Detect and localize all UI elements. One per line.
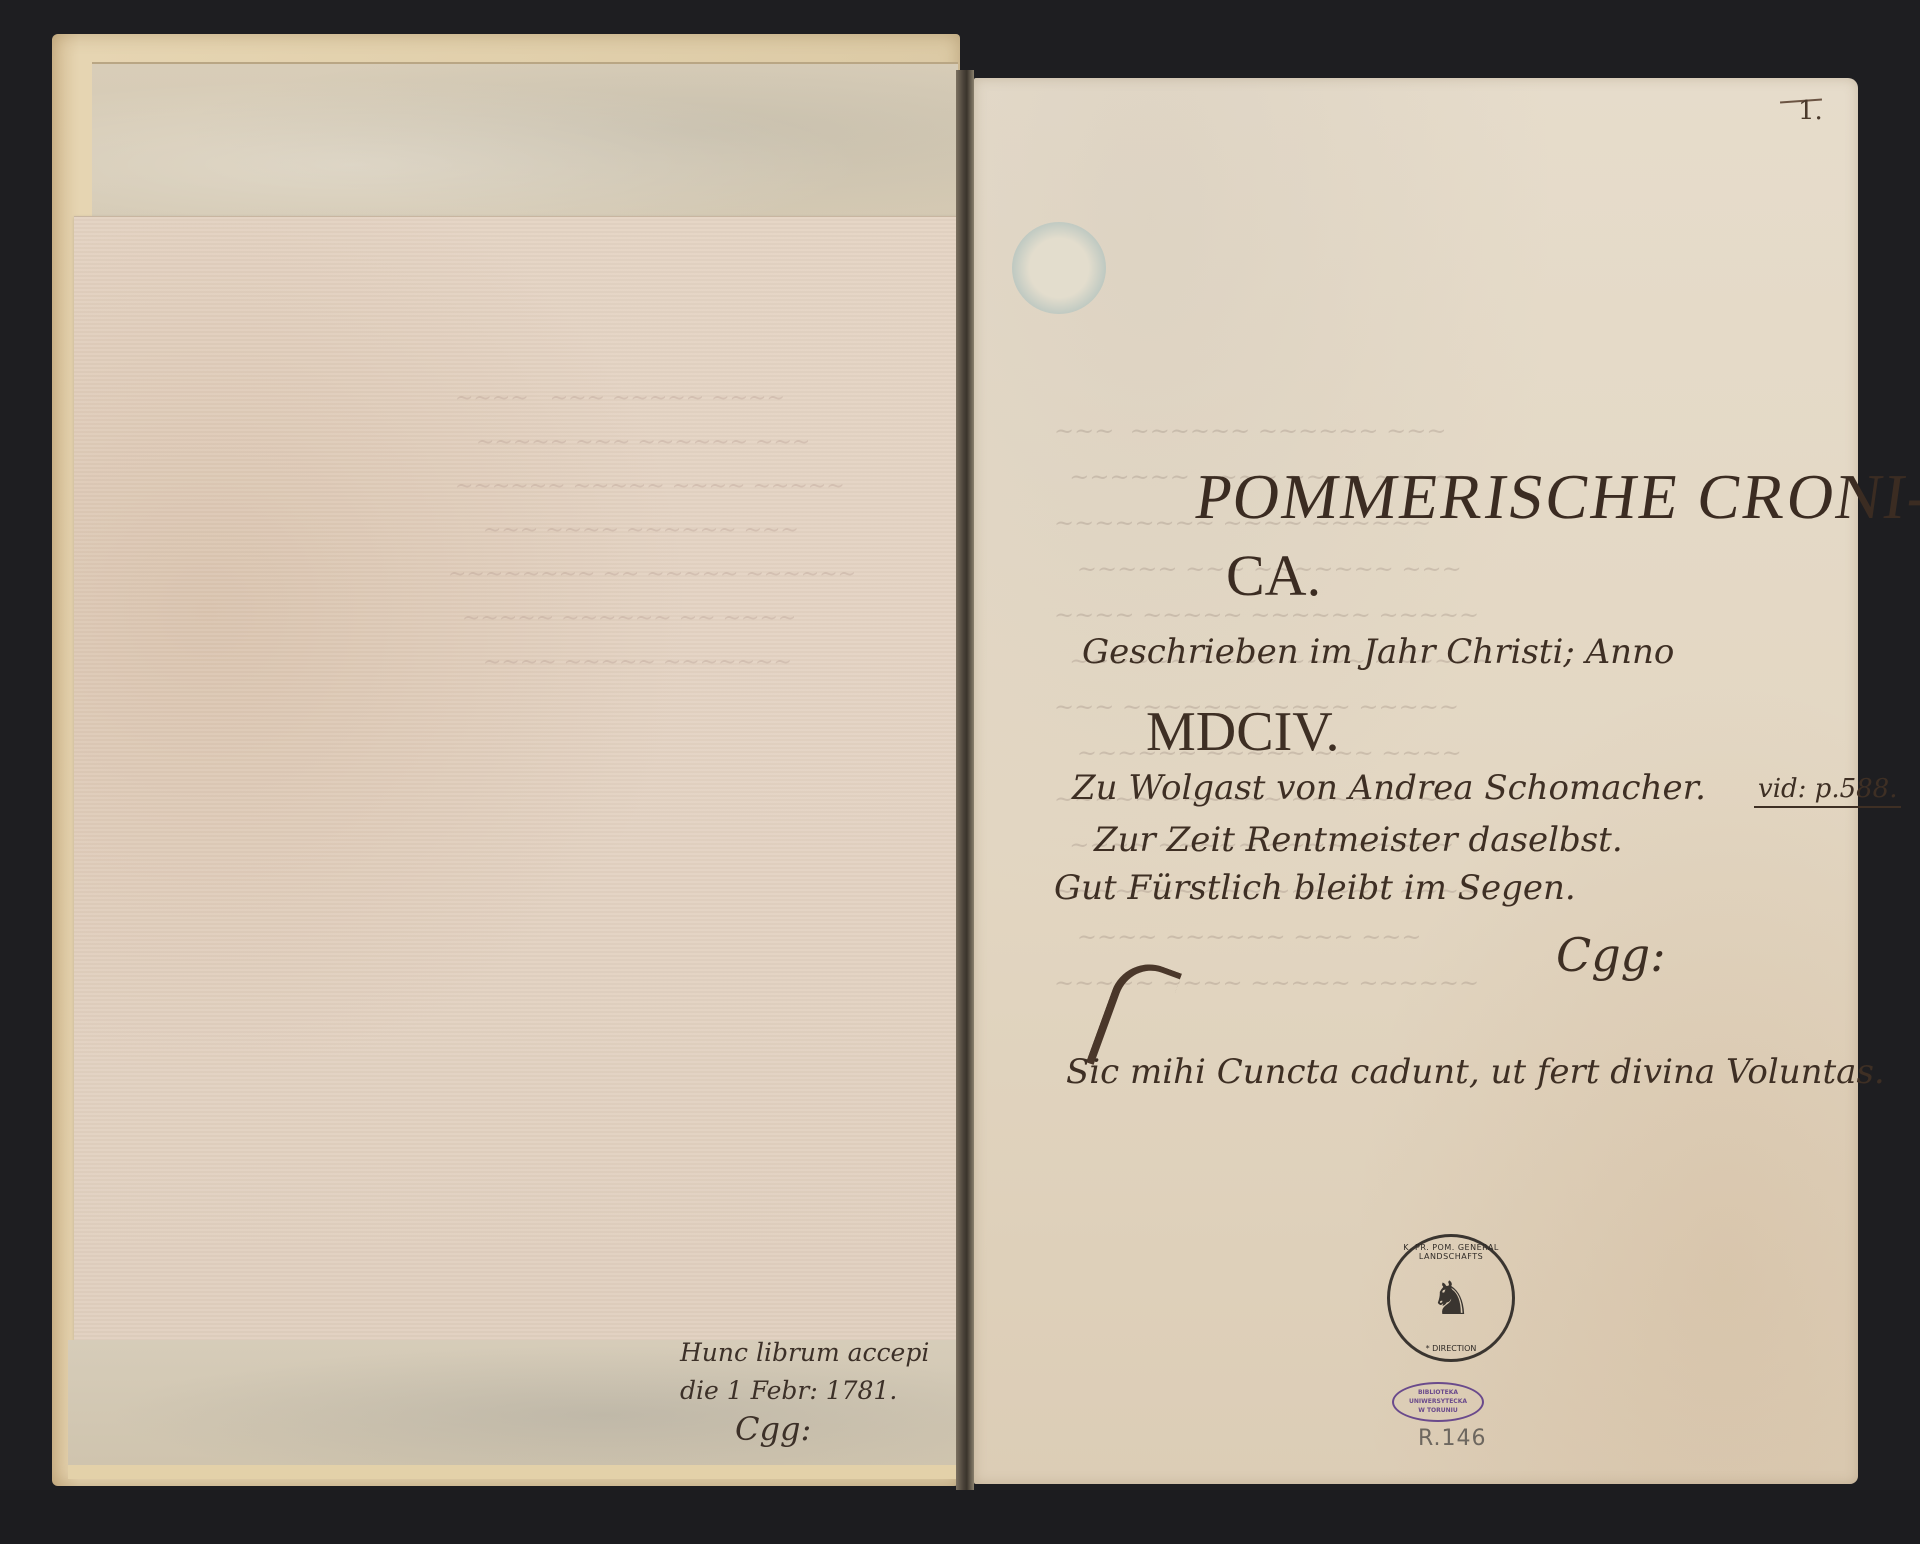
folio-number: 1. xyxy=(1798,96,1823,126)
inserted-blank-sheet: ~~~~ ~~~ ~~~~~ ~~~~ ~~~~~ ~~~ ~~~~~~ ~~~… xyxy=(74,216,958,1344)
library-stamp-line2: UNIWERSYTECKA xyxy=(1394,1397,1482,1406)
acquisition-signature: Cgg: xyxy=(680,1410,950,1448)
pastedown-top-strip xyxy=(92,62,958,232)
show-through-text: ~~~~ ~~~ ~~~~~ ~~~~ ~~~~~ ~~~ ~~~~~~ ~~~… xyxy=(434,377,856,685)
university-library-stamp: BIBLIOTEKA UNIWERSYTECKA W TORUNIU xyxy=(1392,1382,1484,1422)
acquisition-note-line2: die 1 Febr: 1781. xyxy=(680,1372,950,1410)
page-reference: vid: p.588. xyxy=(1754,774,1901,808)
seal-ring-text-bottom: * DIRECTION xyxy=(1390,1344,1512,1353)
title-line-2: CA. xyxy=(1226,542,1321,609)
office-line: Zur Zeit Rentmeister daselbst. xyxy=(1094,820,1623,860)
manuscript-viewer: ~~~~ ~~~ ~~~~~ ~~~~ ~~~~~ ~~~ ~~~~~~ ~~~… xyxy=(0,0,1920,1544)
seal-ring-text: K. PR. POM. GENERAL LANDSCHAFTS xyxy=(1390,1243,1512,1261)
place-author-line: Zu Wolgast von Andrea Schomacher. xyxy=(1072,768,1706,808)
water-stain xyxy=(1012,222,1106,314)
written-line: Geschrieben im Jahr Christi; Anno xyxy=(1082,632,1674,672)
general-landschaft-seal-stamp: K. PR. POM. GENERAL LANDSCHAFTS ♞ * DIRE… xyxy=(1387,1234,1515,1362)
acquisition-note-line1: Hunc librum accepi xyxy=(680,1334,950,1372)
year-line: MDCIV. xyxy=(1146,700,1339,764)
shelfmark: R.146 xyxy=(1418,1426,1487,1451)
motto-line: Gut Fürstlich bleibt im Segen. xyxy=(1054,868,1576,908)
latin-motto-line: Sic mihi Cuncta cadunt, ut fert divina V… xyxy=(1066,1052,1885,1092)
title-line-1: POMMERISCHE CRONI- xyxy=(1191,460,1920,534)
library-stamp-line1: BIBLIOTEKA xyxy=(1394,1388,1482,1397)
initials: Cgg: xyxy=(1556,928,1666,982)
background-bottom xyxy=(0,1490,1920,1544)
book-gutter xyxy=(956,70,974,1490)
acquisition-note: Hunc librum accepi die 1 Febr: 1781. Cgg… xyxy=(680,1334,950,1448)
library-stamp-line3: W TORUNIU xyxy=(1394,1406,1482,1415)
griffin-icon: ♞ xyxy=(1430,1275,1471,1321)
